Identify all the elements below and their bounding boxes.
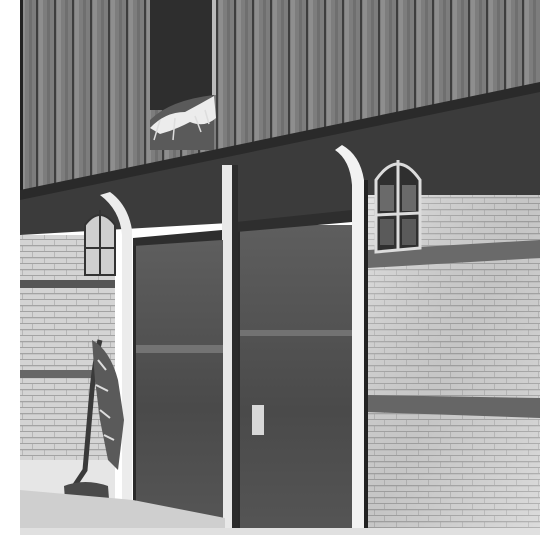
post-dark (232, 165, 238, 535)
window-left (85, 210, 115, 275)
hayloft-door (150, 0, 216, 150)
barn-photo (0, 0, 540, 540)
barn-door-right (236, 210, 352, 535)
barn-scene (0, 0, 540, 540)
barn-door-left (133, 230, 223, 520)
window-right (376, 160, 420, 252)
